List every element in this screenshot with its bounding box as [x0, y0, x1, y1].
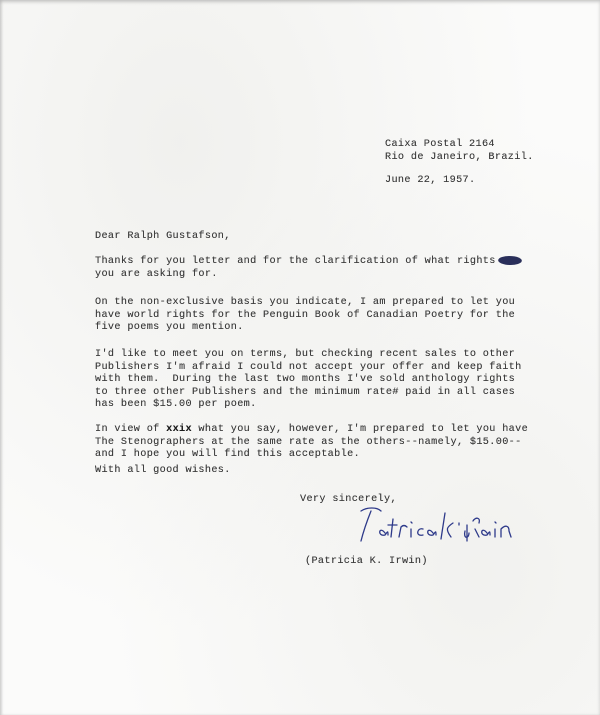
sender-address: Caixa Postal 2164Rio de Janeiro, Brazil. — [385, 139, 534, 164]
paragraph-3-line: to three other Publishers and the minimu… — [95, 387, 522, 400]
paragraph-1-line-1: Thanks for you letter and for the clarif… — [95, 256, 522, 269]
paragraph-1: Thanks for you letter and for the clarif… — [95, 256, 522, 281]
salutation: Dear Ralph Gustafson, — [95, 231, 231, 244]
paragraph-4-line: The Stenographers at the same rate as th… — [95, 437, 528, 450]
paragraph-2: On the non-exclusive basis you indicate,… — [95, 297, 515, 335]
address-line-2: Rio de Janeiro, Brazil. — [385, 152, 534, 165]
paragraph-3-line: has been $15.00 per poem. — [95, 399, 522, 412]
paragraph-2-line: have world rights for the Penguin Book o… — [95, 310, 515, 323]
paragraph-3: I'd like to meet you on terms, but check… — [95, 349, 522, 412]
closing-line: With all good wishes. — [95, 465, 231, 478]
handwritten-signature — [355, 503, 555, 549]
paragraph-1-line-2: you are asking for. — [95, 269, 522, 282]
paragraph-4-line-1: In view of xxix what you say, however, I… — [95, 424, 528, 437]
letter-date: June 22, 1957. — [385, 175, 476, 188]
letter-page: Caixa Postal 2164Rio de Janeiro, Brazil.… — [0, 0, 600, 715]
paragraph-4: In view of xxix what you say, however, I… — [95, 424, 528, 462]
typed-name: (Patricia K. Irwin) — [305, 556, 428, 569]
paragraph-2-line: On the non-exclusive basis you indicate,… — [95, 297, 515, 310]
address-line-1: Caixa Postal 2164 — [385, 139, 534, 152]
struck-out-text: xxix — [166, 424, 192, 435]
paragraph-3-line: Publishers I'm afraid I could not accept… — [95, 362, 522, 375]
paragraph-3-line: I'd like to meet you on terms, but check… — [95, 349, 522, 362]
paragraph-4-line: and I hope you will find this acceptable… — [95, 449, 528, 462]
ink-blot-mark — [496, 256, 523, 265]
paragraph-2-line: five poems you mention. — [95, 322, 515, 335]
paragraph-3-line: with them. During the last two months I'… — [95, 374, 522, 387]
